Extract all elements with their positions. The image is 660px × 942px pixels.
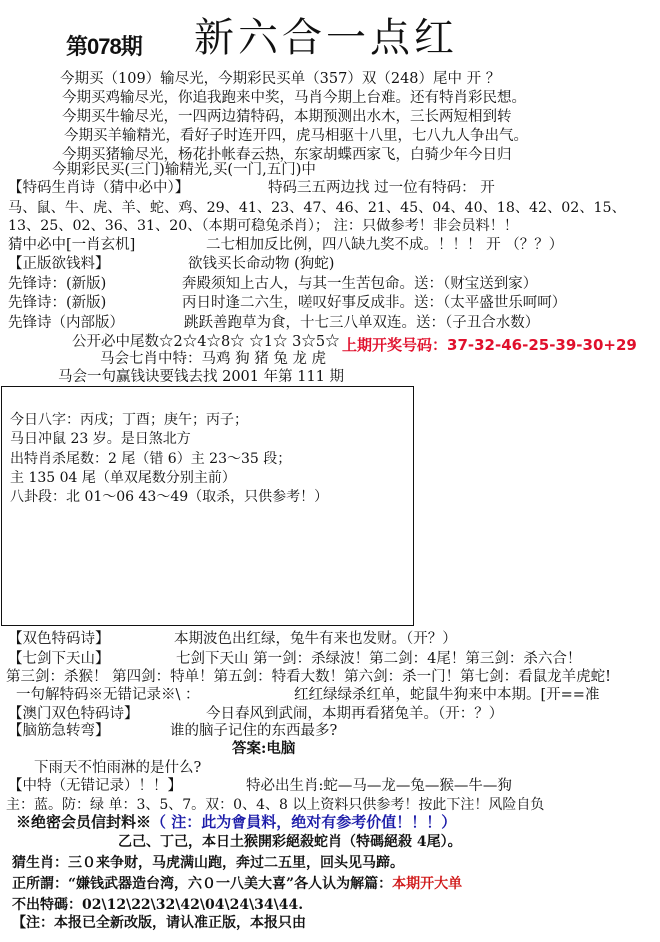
info-line: 今日八字：丙戌；丁酉；庚午；丙子； [10, 411, 248, 429]
macau-poem-text: 今日春风到武闹，本期再看猪兔羊。（开：？） [206, 705, 503, 723]
saying-answer: 本期开大单 [392, 876, 462, 892]
intro-line: 今期彩民买(三门)输精光,买(一门,五门)中 [52, 161, 316, 179]
intro-line: 今期买（109）输尽光，今期彩民买单（357）双（248）尾中 开 ？ [60, 70, 500, 88]
section-label-shuangse: 【双色特码诗】 [8, 630, 110, 648]
section-label-zhengban: 【正版欲钱料】 [8, 255, 110, 273]
tema-poem-numbers-2: 13、25、02、36、31、20、（本期可稳兔杀肖）； 注：只做参考！非会员料… [8, 217, 518, 235]
section-label-qijian: 【七剑下天山】 [8, 650, 110, 668]
intro-line: 今期买鸡输尽光，你追我跑来中奖，马肖今期上台难。还有特肖彩民想。 [62, 89, 526, 107]
info-box: 今日八字：丙戌；丁酉；庚午；丙子； 马日冲鼠 23 岁。是日煞北方 出特肖杀尾数… [1, 386, 414, 626]
kill-line: 乙己、丁己，本日土猴開彩絕殺蛇肖（特碼絕殺 4尾）。 [118, 833, 462, 851]
qijian-text-2: 第三剑：杀猴！ 第四剑：特单！第五剑：特看大数！第六剑：杀一门！第七剑：看鼠龙羊… [6, 668, 611, 686]
pioneer-label: 先锋诗（内部版） [8, 314, 124, 332]
tail-numbers: 公开必中尾数☆2☆4☆8☆ ☆1☆ 3☆5☆ [72, 333, 340, 351]
page-title: 新六合一点红 [194, 14, 458, 62]
vip-note: （ 注：此为會員料，绝对有参考价值！！！） [151, 813, 456, 831]
info-line: 马日冲鼠 23 岁。是日煞北方 [10, 430, 191, 448]
section-label-yiju: 一句解特码※无错记录※\ ： [16, 686, 200, 704]
zhengban-text: 欲钱买长命动物 (狗蛇) [188, 255, 334, 273]
section-label-macau-poem: 【澳门双色特码诗】 [8, 705, 139, 723]
pioneer-text: 奔殿须知上古人，与其一生苦包命。送：（财宝送到家） [182, 275, 537, 293]
intro-line: 今期买羊输精光，看好子时连开四，虎马相驱十八里，七八九人争出气。 [64, 127, 528, 145]
tema-poem-numbers-1: 马、鼠、牛、虎、羊、蛇、鸡、29、41、23、47、46、21、45、04、40… [8, 199, 626, 217]
qijian-text: 七剑下天山 第一剑：杀绿波！第二剑：4尾！第三剑：杀六合！ [176, 650, 581, 668]
info-line: 出特肖杀尾数：2 尾（错 6）主 23～35 段； [10, 450, 291, 468]
pioneer-text: 跳跃善跑草为食，十七三八单双连。送：（子丑合水数） [184, 314, 539, 332]
section-label-tema-poem: 【特码生肖诗（猜中必中）】 [8, 179, 189, 197]
yiju-text: 红红绿绿杀红单，蛇鼠牛狗来中本期。[开==准 [294, 686, 599, 704]
main-line: 主：蓝。防：绿 单：3、5、7。双：0、4、8 以上资料只供参考！按此下注！风险… [6, 796, 544, 814]
guess-zodiac: 猜生肖：三０来争财，马虎满山跑，奔过二五里，回头见马蹄。 [12, 854, 404, 872]
vip-line: ※绝密会员信封料※（ 注：此为會員料，绝对有参考价值！！！） [16, 813, 456, 831]
saying-prefix: 正所謂：“嫌钱武器造台湾，六０一八美大喜”各人认为解篇： [12, 876, 392, 892]
riddle-answer: 答案:电脑 [232, 740, 295, 758]
intro-line: 今期买牛输尽光，一四两边猜特码，本期预测出水木，三长两短相到转 [62, 108, 512, 126]
mahui-sentence: 马会一句赢钱诀要钱去找 2001 年第 111 期 [58, 368, 344, 386]
section-label-riddle: 【脑筋急转弯】 [8, 722, 110, 740]
mahui-seven: 马会七肖中特：马鸡 狗 猪 兔 龙 虎 [100, 350, 326, 368]
pioneer-label: 先锋诗：(新版) [8, 294, 106, 312]
section-label-zhongte: 【中特（无错记录）！！】 [8, 777, 182, 795]
riddle-question-2: 下雨天不怕雨淋的是什么? [34, 759, 201, 777]
saying-line: 正所謂：“嫌钱武器造台湾，六０一八美大喜”各人认为解篇：本期开大单 [12, 875, 462, 893]
riddle-question: 谁的脑子记住的东西最多? [170, 722, 337, 740]
notice: 【注：本报已全新改版，请认准正版，本报只由 [12, 914, 306, 932]
section-label-yixiao: 猜中必中[一肖玄机] [8, 236, 135, 254]
last-draw-numbers: 37-32-46-25-39-30+29 [447, 336, 637, 354]
info-line: 主 135 04 尾（单双尾数分别主前） [10, 469, 236, 487]
issue-number: 第078期 [66, 30, 142, 61]
vip-label: ※绝密会员信封料※ [16, 813, 151, 831]
pioneer-label: 先锋诗：(新版) [8, 275, 106, 293]
last-draw: 上期开奖号码：37-32-46-25-39-30+29 [342, 336, 637, 354]
yixiao-text: 二七相加反比例，四八缺九奖不成。！！！ 开 （？？） [206, 236, 563, 254]
zhongte-text: 特必出生肖:蛇—马—龙—兔—猴—牛—狗 [246, 777, 512, 795]
info-line: 八卦段：北 01～06 43～49（取杀，只供参考！） [10, 488, 328, 506]
shuangse-text: 本期波色出红绿，兔牛有来也发财。（开？） [174, 630, 457, 648]
last-draw-label: 上期开奖号码： [342, 336, 447, 354]
pioneer-text: 丙日时逢二六生，嗟叹好事反成非。送：（太平盛世乐呵呵） [182, 294, 566, 312]
not-out-numbers: 不出特碼：02\12\22\32\42\04\24\34\44. [12, 896, 303, 914]
tema-poem-text: 特码三五两边找 过一位有特码： 开 [268, 179, 495, 197]
